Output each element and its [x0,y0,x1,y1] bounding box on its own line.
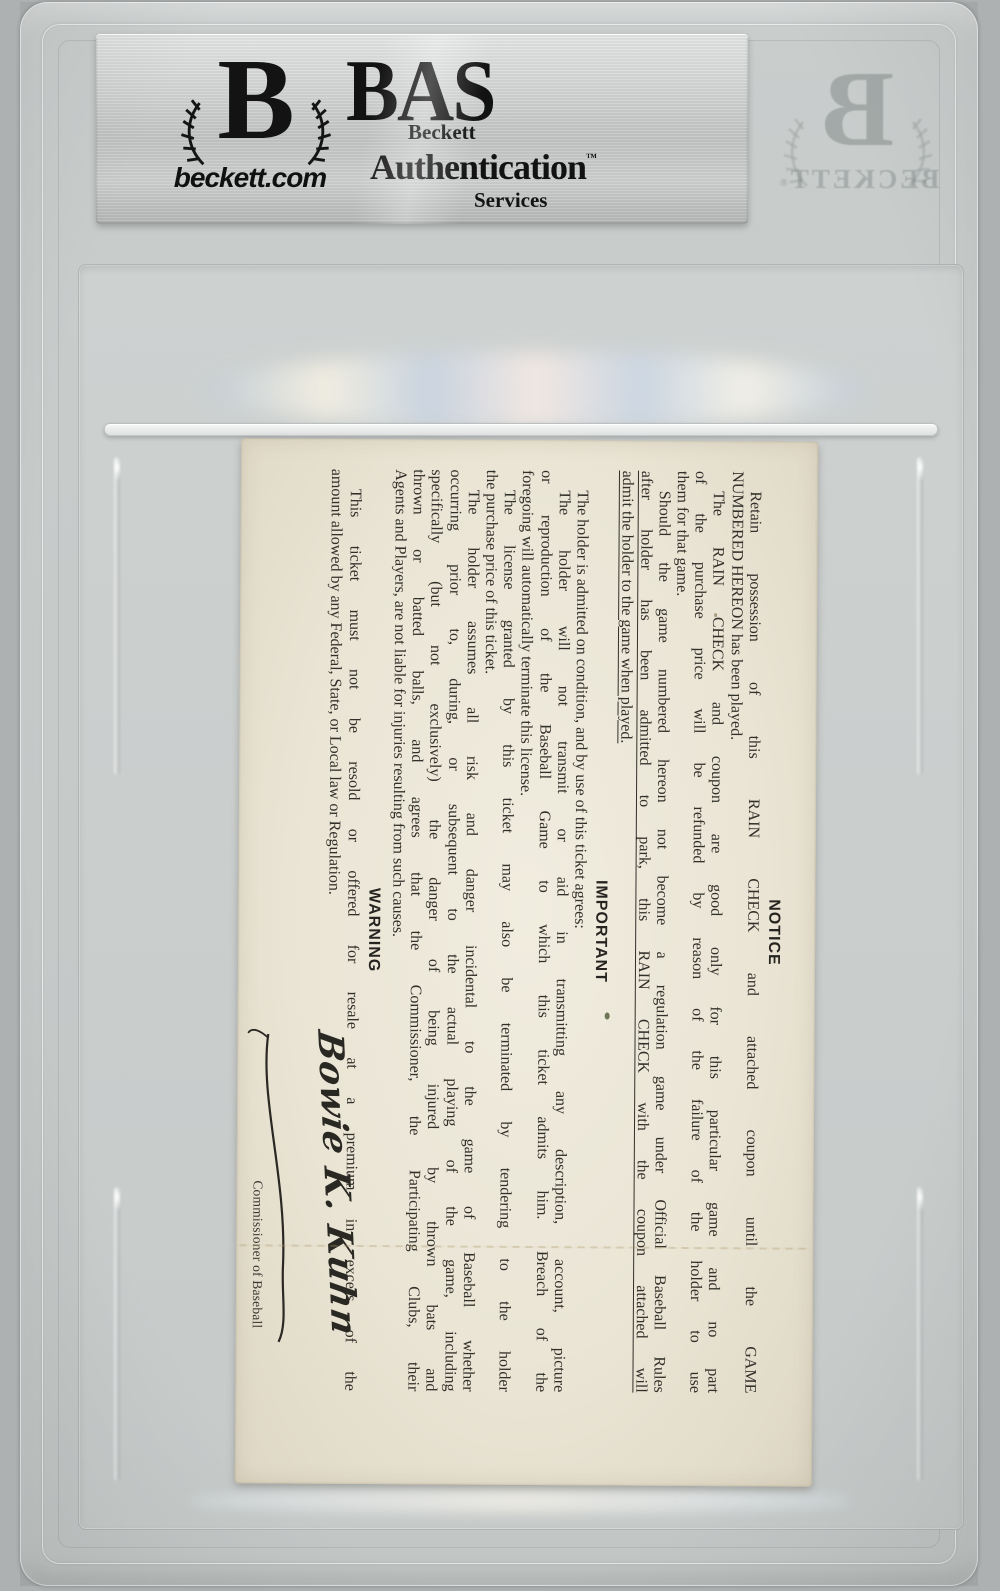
signature-name: Bowie K. Kuhn [320,1030,352,1337]
slab-groove-left-bottom [114,1187,120,1481]
slab-groove-right-top [917,457,923,775]
authentication-text: Authentication [370,147,586,187]
ticket-text: NOTICERetain possession of this RAIN CHE… [235,438,818,1487]
slab-groove-right-bottom [917,1187,923,1481]
section-heading: WARNING [361,469,385,1391]
refraction-band-bottom [188,1489,852,1513]
plastic-slab-case: B BECKETT® B beckett.com BAS Beckett Au [20,2,978,1586]
laurel-left-icon [903,102,943,192]
signature-title: Commissioner of Baseball [248,1180,267,1328]
ticket-back: NOTICERetain possession of this RAIN CHE… [235,438,818,1487]
laurel-right-icon [773,102,813,192]
ticket-speck [605,1012,610,1019]
refraction-band-top [206,352,864,428]
authentication-word: Authentication™ [370,146,597,188]
slab-groove-left-top [114,457,120,775]
bas-wordmark-block: BAS Beckett Authentication™ Services [96,34,748,224]
slab-seam-bar [104,423,938,436]
services-word: Services [474,188,547,213]
beckett-embossed-watermark: B BECKETT® [755,54,961,246]
trademark-symbol: ™ [586,152,597,164]
beckett-word: Beckett [408,120,476,145]
section-heading: NOTICE [761,471,785,1393]
bas-label-plate: B beckett.com BAS Beckett Authentication… [96,34,748,224]
slabbed-ticket-photo: B BECKETT® B beckett.com BAS Beckett Au [0,0,1000,1591]
section-heading: IMPORTANT [588,470,612,1392]
ticket-speck [714,613,717,617]
